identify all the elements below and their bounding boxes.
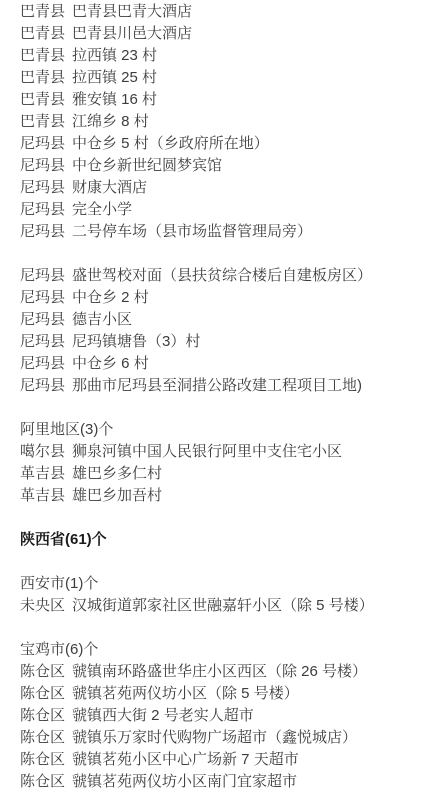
blank-line bbox=[20, 507, 428, 529]
entry-county: 尼玛县 bbox=[20, 355, 65, 372]
entry-county: 巴青县 bbox=[20, 3, 65, 20]
entry-place: 巴青县巴青大酒店 bbox=[72, 3, 192, 20]
entry-place: 虢镇茗苑两仪坊小区（除 5 号楼） bbox=[72, 685, 299, 702]
entry-county: 陈仓区 bbox=[20, 751, 65, 768]
location-entry: 巴青县巴青县巴青大酒店 bbox=[20, 1, 428, 23]
entry-place: 虢镇乐万家时代购物广场超市（鑫悦城店） bbox=[72, 729, 357, 746]
entry-county: 陈仓区 bbox=[20, 729, 65, 746]
blank-line bbox=[20, 397, 428, 419]
location-entry: 未央区汉城街道郭家社区世融嘉轩小区（除 5 号楼） bbox=[20, 595, 428, 617]
location-entry: 巴青县拉西镇 23 村 bbox=[20, 45, 428, 67]
location-list: 巴青县巴青县巴青大酒店巴青县巴青县川邑大酒店巴青县拉西镇 23 村巴青县拉西镇 … bbox=[0, 0, 438, 793]
entry-place: 江绵乡 8 村 bbox=[72, 113, 149, 130]
entry-place: 虢镇茗苑小区中心广场新 7 天超市 bbox=[72, 751, 299, 768]
entry-county: 噶尔县 bbox=[20, 443, 65, 460]
entry-county: 巴青县 bbox=[20, 91, 65, 108]
section-header: 阿里地区(3)个 bbox=[20, 419, 428, 441]
entry-county: 尼玛县 bbox=[20, 311, 65, 328]
entry-place: 虢镇茗苑两仪坊小区南门宜家超市 bbox=[72, 773, 297, 790]
location-entry: 陈仓区虢镇茗苑两仪坊小区南门宜家超市 bbox=[20, 771, 428, 793]
section-header: 陕西省(61)个 bbox=[20, 529, 428, 551]
entry-place: 雅安镇 16 村 bbox=[72, 91, 157, 108]
location-entry: 尼玛县德吉小区 bbox=[20, 309, 428, 331]
entry-place: 虢镇南环路盛世华庄小区西区（除 26 号楼） bbox=[72, 663, 367, 680]
location-entry: 陈仓区虢镇南环路盛世华庄小区西区（除 26 号楼） bbox=[20, 661, 428, 683]
entry-county: 尼玛县 bbox=[20, 289, 65, 306]
entry-place: 虢镇西大街 2 号老实人超市 bbox=[72, 707, 254, 724]
location-entry: 噶尔县狮泉河镇中国人民银行阿里中支住宅小区 bbox=[20, 441, 428, 463]
entry-county: 巴青县 bbox=[20, 113, 65, 130]
blank-line bbox=[20, 617, 428, 639]
location-entry: 尼玛县那曲市尼玛县至洞措公路改建工程项目工地) bbox=[20, 375, 428, 397]
entry-county: 尼玛县 bbox=[20, 223, 65, 240]
entry-county: 巴青县 bbox=[20, 47, 65, 64]
location-entry: 巴青县拉西镇 25 村 bbox=[20, 67, 428, 89]
location-entry: 尼玛县尼玛镇塘鲁（3）村 bbox=[20, 331, 428, 353]
entry-county: 陈仓区 bbox=[20, 773, 65, 790]
section-header: 宝鸡市(6)个 bbox=[20, 639, 428, 661]
location-entry: 尼玛县二号停车场（县市场监督管理局旁） bbox=[20, 221, 428, 243]
entry-place: 财康大酒店 bbox=[72, 179, 147, 196]
entry-place: 尼玛镇塘鲁（3）村 bbox=[72, 333, 200, 350]
entry-place: 中仓乡 5 村（乡政府所在地） bbox=[72, 135, 269, 152]
location-entry: 尼玛县中仓乡新世纪圆梦宾馆 bbox=[20, 155, 428, 177]
entry-place: 盛世驾校对面（县扶贫综合楼后自建板房区） bbox=[72, 267, 372, 284]
entry-county: 革吉县 bbox=[20, 465, 65, 482]
entry-county: 尼玛县 bbox=[20, 135, 65, 152]
location-entry: 陈仓区虢镇茗苑两仪坊小区（除 5 号楼） bbox=[20, 683, 428, 705]
location-entry: 尼玛县完全小学 bbox=[20, 199, 428, 221]
entry-place: 狮泉河镇中国人民银行阿里中支住宅小区 bbox=[72, 443, 342, 460]
location-entry: 尼玛县财康大酒店 bbox=[20, 177, 428, 199]
entry-place: 中仓乡 2 村 bbox=[72, 289, 149, 306]
blank-line bbox=[20, 551, 428, 573]
entry-place: 那曲市尼玛县至洞措公路改建工程项目工地) bbox=[72, 377, 362, 394]
entry-place: 二号停车场（县市场监督管理局旁） bbox=[72, 223, 312, 240]
entry-place: 巴青县川邑大酒店 bbox=[72, 25, 192, 42]
location-entry: 尼玛县中仓乡 6 村 bbox=[20, 353, 428, 375]
entry-county: 尼玛县 bbox=[20, 333, 65, 350]
location-entry: 巴青县江绵乡 8 村 bbox=[20, 111, 428, 133]
entry-county: 陈仓区 bbox=[20, 685, 65, 702]
entry-county: 巴青县 bbox=[20, 69, 65, 86]
location-entry: 尼玛县盛世驾校对面（县扶贫综合楼后自建板房区） bbox=[20, 265, 428, 287]
entry-place: 德吉小区 bbox=[72, 311, 132, 328]
location-entry: 巴青县雅安镇 16 村 bbox=[20, 89, 428, 111]
entry-county: 尼玛县 bbox=[20, 179, 65, 196]
entry-place: 汉城街道郭家社区世融嘉轩小区（除 5 号楼） bbox=[72, 597, 374, 614]
location-entry: 巴青县巴青县川邑大酒店 bbox=[20, 23, 428, 45]
entry-place: 雄巴乡加吾村 bbox=[72, 487, 162, 504]
entry-county: 陈仓区 bbox=[20, 707, 65, 724]
location-entry: 陈仓区虢镇西大街 2 号老实人超市 bbox=[20, 705, 428, 727]
location-entry: 尼玛县中仓乡 5 村（乡政府所在地） bbox=[20, 133, 428, 155]
entry-place: 完全小学 bbox=[72, 201, 132, 218]
entry-county: 革吉县 bbox=[20, 487, 65, 504]
entry-place: 中仓乡新世纪圆梦宾馆 bbox=[72, 157, 222, 174]
entry-place: 拉西镇 23 村 bbox=[72, 47, 157, 64]
location-entry: 陈仓区虢镇乐万家时代购物广场超市（鑫悦城店） bbox=[20, 727, 428, 749]
entry-place: 中仓乡 6 村 bbox=[72, 355, 149, 372]
entry-county: 巴青县 bbox=[20, 25, 65, 42]
section-header: 西安市(1)个 bbox=[20, 573, 428, 595]
entry-place: 雄巴乡多仁村 bbox=[72, 465, 162, 482]
location-entry: 尼玛县中仓乡 2 村 bbox=[20, 287, 428, 309]
entry-county: 尼玛县 bbox=[20, 377, 65, 394]
location-entry: 陈仓区虢镇茗苑小区中心广场新 7 天超市 bbox=[20, 749, 428, 771]
location-entry: 革吉县雄巴乡加吾村 bbox=[20, 485, 428, 507]
entry-county: 尼玛县 bbox=[20, 267, 65, 284]
location-entry: 革吉县雄巴乡多仁村 bbox=[20, 463, 428, 485]
entry-county: 尼玛县 bbox=[20, 157, 65, 174]
entry-place: 拉西镇 25 村 bbox=[72, 69, 157, 86]
blank-line bbox=[20, 243, 428, 265]
entry-county: 尼玛县 bbox=[20, 201, 65, 218]
entry-county: 未央区 bbox=[20, 597, 65, 614]
entry-county: 陈仓区 bbox=[20, 663, 65, 680]
